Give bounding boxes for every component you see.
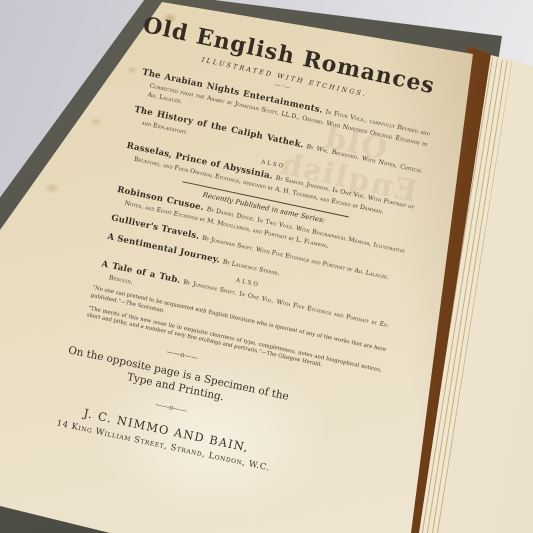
entry-text: By Laurence Sterne. (222, 258, 280, 277)
book-photo: Old English Old English Romances ILLUSTR… (0, 0, 533, 533)
